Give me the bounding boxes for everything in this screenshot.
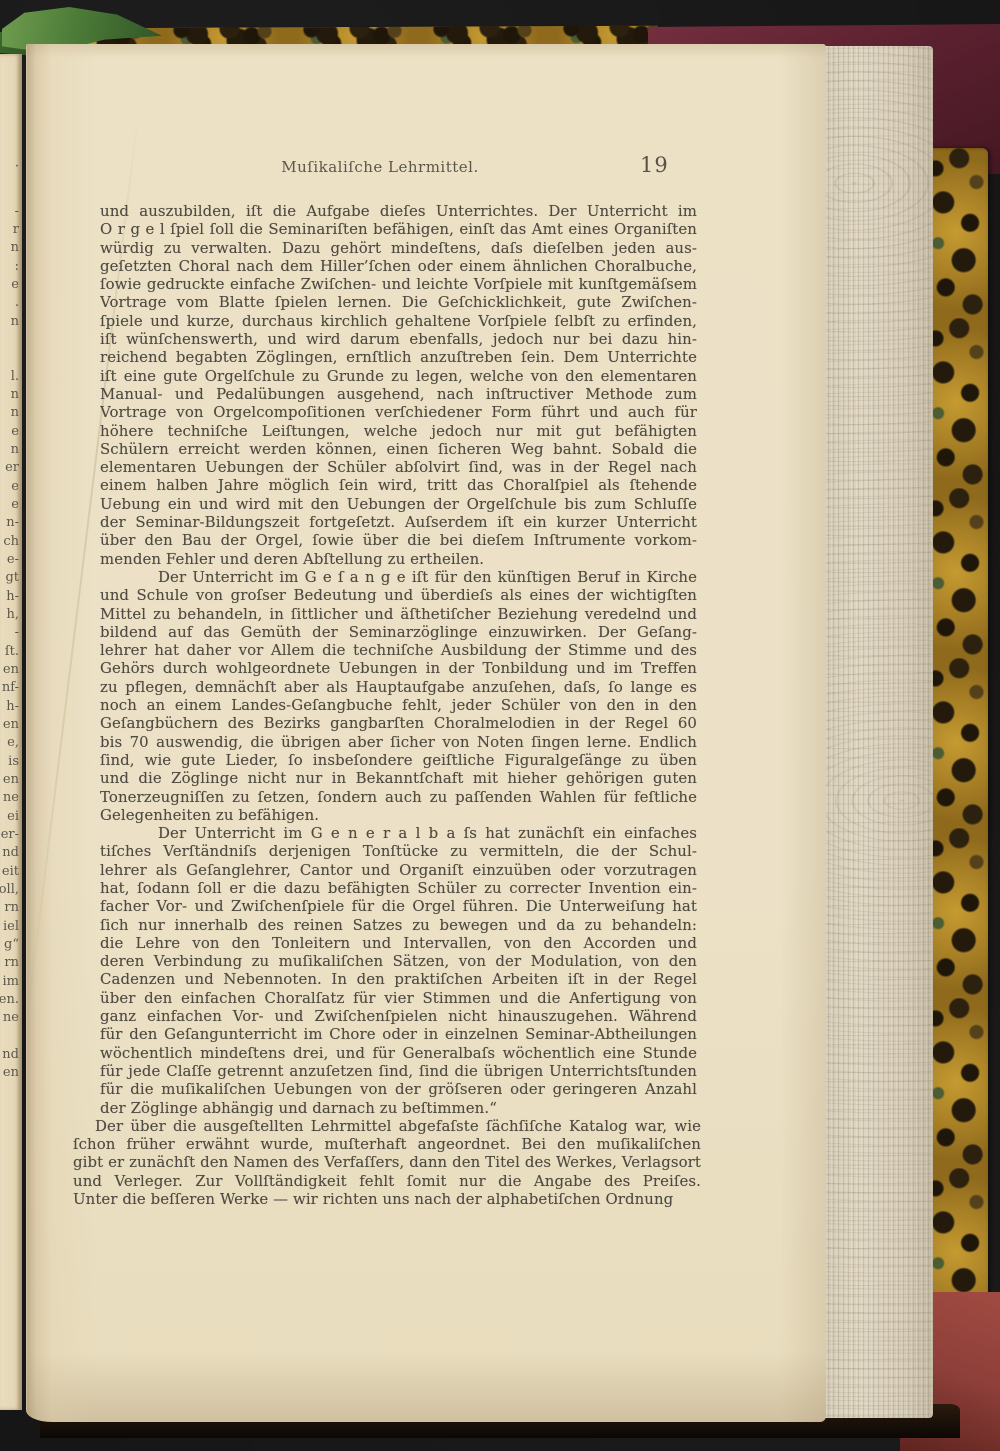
- cutoff-text-fragment: im: [3, 975, 20, 989]
- page-number: 19: [640, 153, 690, 177]
- cutoff-text-fragment: en: [3, 718, 19, 732]
- cutoff-text-fragment: eit: [2, 865, 19, 879]
- text-line: und Schule von groſser Bedeutung und übe…: [100, 586, 697, 604]
- text-block: und auszubilden, iſt die Aufgabe dieſes …: [73, 202, 701, 1208]
- text-line: reichend begabten Zöglingen, ernſtlich a…: [100, 348, 697, 366]
- text-line: für die muſikaliſchen Uebungen von der g…: [100, 1080, 697, 1098]
- text-line: Tonerzeugniſſen zu ſetzen, ſondern auch …: [100, 788, 697, 806]
- text-line: Cadenzen und Nebennoten. In den praktiſc…: [100, 970, 697, 988]
- left-page-edge: ·-rn:e.nl.nnenereen-che-gth-h,-ſt.ennf-h…: [0, 54, 22, 1410]
- text-line: lehrer als Geſanglehrer, Cantor und Orga…: [100, 861, 697, 879]
- cutoff-text-fragment: en: [3, 1066, 19, 1080]
- text-line: Uebung ein und wird mit den Uebungen der…: [100, 495, 697, 513]
- text-line: und die Zöglinge nicht nur in Bekanntſch…: [100, 769, 697, 787]
- cutoff-text-fragment: rn: [4, 956, 19, 970]
- cutoff-text-fragment: h-: [6, 700, 19, 714]
- text-line: iſt eine gute Orgelſchule zu Grunde zu l…: [100, 367, 697, 385]
- text-line: facher Vor- und Zwiſchenſpiele für die O…: [100, 897, 697, 915]
- text-line: und auszubilden, iſt die Aufgabe dieſes …: [100, 202, 697, 220]
- cutoff-text-fragment: oll,: [0, 883, 19, 897]
- text-line: ganz einfachen Vor- und Zwiſchenſpielen …: [100, 1007, 697, 1025]
- text-line: würdig zu verwalten. Dazu gehört mindeſt…: [100, 239, 697, 257]
- paragraph: und auszubilden, iſt die Aufgabe dieſes …: [100, 202, 697, 568]
- text-line: über den einfachen Choralſatz für vier S…: [100, 989, 697, 1007]
- text-line: Schülern erreicht werden können, einen ſ…: [100, 440, 697, 458]
- cutoff-text-fragment: e: [11, 498, 19, 512]
- text-line: die Lehre von den Tonleitern und Interva…: [100, 934, 697, 952]
- text-line: Mittel zu behandeln, in ſittlicher und ä…: [100, 605, 697, 623]
- text-line: ſind, wie gute Lieder, ſo insbeſondere g…: [100, 751, 697, 769]
- text-line: wöchentlich mindeſtens drei, und für Gen…: [100, 1044, 697, 1062]
- text-line: über den Bau der Orgel, ſowie über die b…: [100, 531, 697, 549]
- text-line: Der über die ausgeſtellten Lehrmittel ab…: [73, 1117, 701, 1135]
- cutoff-text-fragment: en.: [0, 993, 19, 1007]
- cutoff-text-fragment: ch: [3, 535, 19, 549]
- cutoff-text-fragment: iel: [3, 920, 19, 934]
- text-line: Vortrage von Orgelcompoſitionen verſchie…: [100, 403, 697, 421]
- paragraph: Der Unterricht im G e n e r a l b a ſs h…: [100, 824, 697, 1117]
- text-line: zu pflegen, demnächſt aber als Hauptaufg…: [100, 678, 697, 696]
- text-line: noch an einem Landes-Geſangbuche fehlt, …: [100, 696, 697, 714]
- text-line: Der Unterricht im G e n e r a l b a ſs h…: [100, 824, 697, 842]
- text-line: gibt er zunächſt den Namen des Verfaſſer…: [73, 1153, 701, 1171]
- cutoff-text-fragment: rn: [4, 901, 19, 915]
- cutoff-text-fragment: e: [11, 278, 19, 292]
- cutoff-text-fragment: n: [11, 406, 19, 420]
- text-line: der Zöglinge abhängig und darnach zu beſ…: [100, 1099, 697, 1117]
- cutoff-text-fragment: n-: [6, 516, 19, 530]
- text-line: ſich nur innerhalb des reinen Satzes zu …: [100, 916, 697, 934]
- cutoff-text-fragment: is: [8, 755, 19, 769]
- cutoff-text-fragment: e,: [7, 736, 19, 750]
- cutoff-text-fragment: ei: [7, 810, 19, 824]
- text-line: einem halben Jahre möglich ſein wird, tr…: [100, 476, 697, 494]
- cutoff-text-fragment: ne: [3, 791, 19, 805]
- text-line: für den Geſangunterricht im Chore oder i…: [100, 1025, 697, 1043]
- text-line: höhere techniſche Leiſtungen, welche jed…: [100, 422, 697, 440]
- text-line: hat, ſodann ſoll er die dazu befähigten …: [100, 879, 697, 897]
- text-line: für jede Claſſe getrennt anzuſetzen ſind…: [100, 1062, 697, 1080]
- text-line: Gehörs durch wohlgeordnete Uebungen in d…: [100, 659, 697, 677]
- text-line: bis 70 auswendig, die übrigen aber ſiche…: [100, 733, 697, 751]
- cutoff-text-fragment: nd: [2, 846, 19, 860]
- text-line: Der Unterricht im G e ſ a n g e iſt für …: [100, 568, 697, 586]
- cutoff-text-fragment: ſt.: [5, 645, 19, 659]
- cutoff-text-fragment: n: [11, 443, 19, 457]
- running-header: Muſikaliſche Lehrmittel.: [100, 158, 660, 176]
- cutoff-text-fragment: e: [11, 425, 19, 439]
- text-line: Vortrage vom Blatte ſpielen lernen. Die …: [100, 293, 697, 311]
- cutoff-text-fragment: er: [5, 461, 19, 475]
- cutoff-text-fragment: r: [13, 223, 19, 237]
- paragraph: Der Unterricht im G e ſ a n g e iſt für …: [100, 568, 697, 824]
- cutoff-text-fragment: n: [11, 241, 19, 255]
- cutoff-text-fragment: er-: [1, 828, 19, 842]
- cutoff-text-fragment: nf-: [2, 681, 19, 695]
- cutoff-text-fragment: -: [15, 205, 19, 219]
- cutoff-text-fragment: g“: [4, 938, 19, 952]
- text-line: Manual- und Pedalübungen ausgehend, nach…: [100, 385, 697, 403]
- text-line: deren Verbindung zu muſikaliſchen Sätzen…: [100, 952, 697, 970]
- text-line: geſetzten Choral nach dem Hiller’ſchen o…: [100, 257, 697, 275]
- text-line: ſchon früher erwähnt wurde, muſterhaft a…: [73, 1135, 701, 1153]
- cutoff-text-fragment: n: [11, 388, 19, 402]
- paragraph: Der über die ausgeſtellten Lehrmittel ab…: [73, 1117, 701, 1208]
- text-line: O r g e l ſpiel ſoll die Seminariſten be…: [100, 220, 697, 238]
- text-line: bildend auf das Gemüth der Seminarzöglin…: [100, 623, 697, 641]
- text-line: tiſches Verſtändniſs derjenigen Tonſtück…: [100, 842, 697, 860]
- cutoff-text-fragment: h-: [6, 590, 19, 604]
- cutoff-text-fragment: e-: [7, 553, 19, 567]
- text-line: iſt wünſchenswerth, und wird darum ebenf…: [100, 330, 697, 348]
- cutoff-text-fragment: ·: [15, 160, 19, 174]
- cutoff-text-fragment: nd: [2, 1048, 19, 1062]
- cutoff-text-fragment: l.: [11, 370, 19, 384]
- cutoff-text-fragment: -: [15, 626, 19, 640]
- text-line: Geſangbüchern des Bezirks gangbarſten Ch…: [100, 714, 697, 732]
- text-line: Unter die beſſeren Werke — wir richten u…: [73, 1190, 701, 1208]
- cutoff-text-fragment: e: [11, 480, 19, 494]
- cutoff-text-fragment: gt: [5, 571, 19, 585]
- cutoff-text-fragment: ne: [3, 1011, 19, 1025]
- text-line: Gelegenheiten zu befähigen.: [100, 806, 697, 824]
- marbled-cover-right: [924, 148, 988, 1312]
- text-line: lehrer hat daher vor Allem die techniſch…: [100, 641, 697, 659]
- cutoff-text-fragment: .: [15, 296, 19, 310]
- cutoff-text-fragment: h,: [6, 608, 19, 622]
- fore-edge-pages: [820, 46, 933, 1418]
- cutoff-text-fragment: :: [15, 260, 19, 274]
- text-line: menden Fehler und deren Abſtellung zu er…: [100, 550, 697, 568]
- cutoff-text-fragment: en: [3, 663, 19, 677]
- book-scan-photo: { "book": { "header": { "running_title":…: [0, 0, 1000, 1451]
- text-line: der Seminar-Bildungszeit fortgeſetzt. Au…: [100, 513, 697, 531]
- cutoff-text-fragment: en: [3, 773, 19, 787]
- text-line: ſpiele und kurze, durchaus kirchlich geh…: [100, 312, 697, 330]
- text-line: ſowie gedruckte einfache Zwiſchen- und l…: [100, 275, 697, 293]
- text-line: elementaren Uebungen der Schüler abſolvi…: [100, 458, 697, 476]
- text-line: und Verleger. Zur Vollſtändigkeit fehlt …: [73, 1172, 701, 1190]
- cutoff-text-fragment: n: [11, 315, 19, 329]
